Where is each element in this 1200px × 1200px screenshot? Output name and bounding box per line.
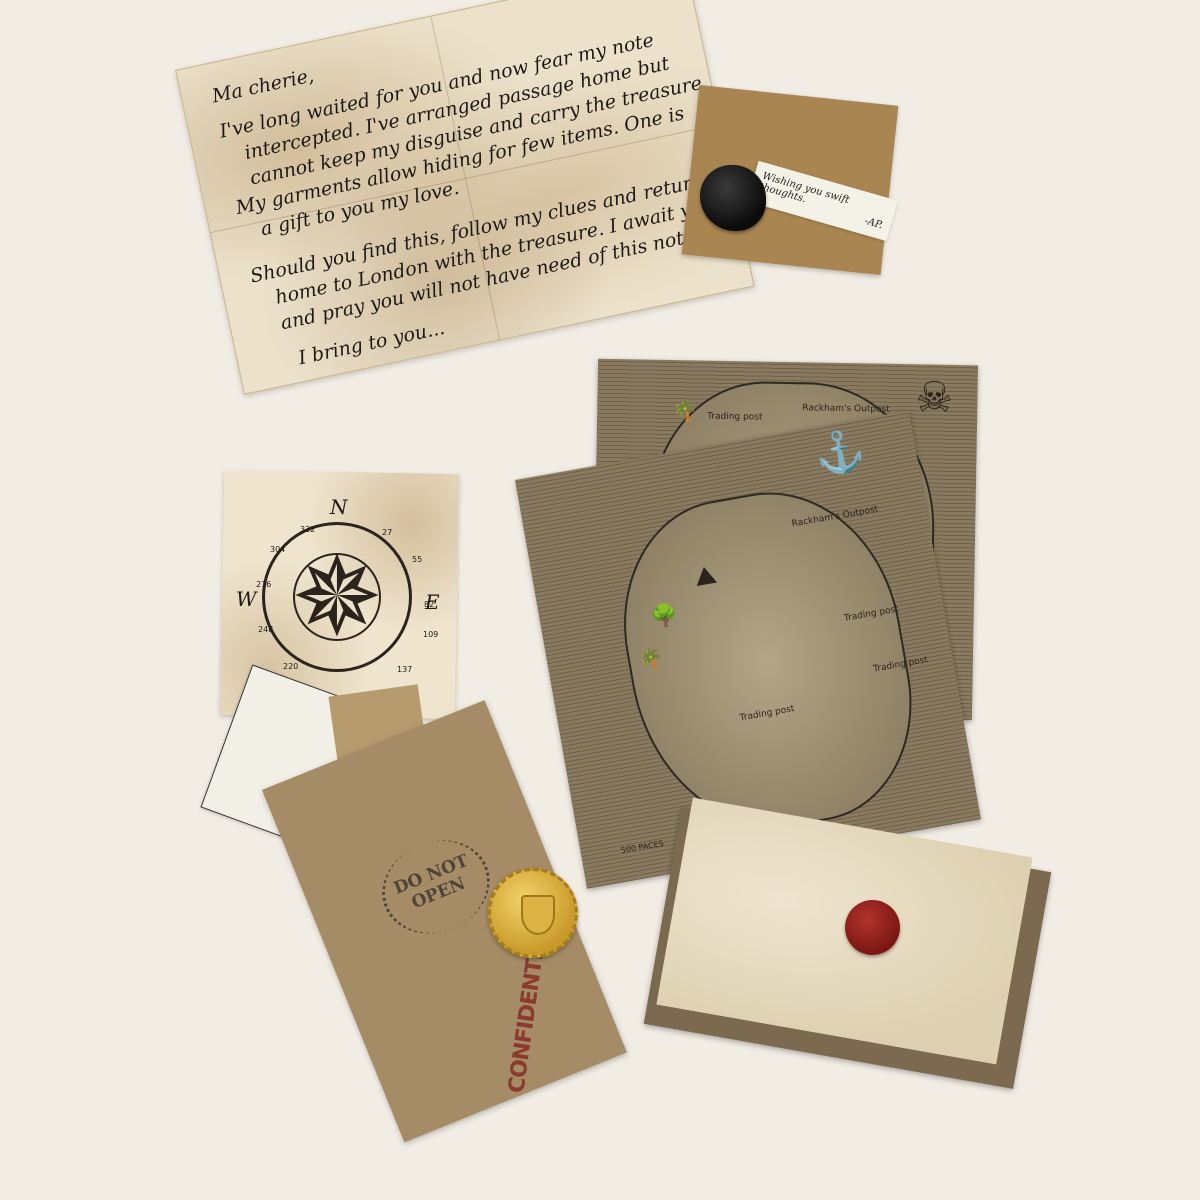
compass-bearing: 27: [382, 528, 392, 537]
compass-bearing: 332: [300, 525, 315, 534]
compass-star-icon: ✵: [291, 542, 383, 652]
compass-bearing: 137: [397, 665, 412, 674]
palm-tree-icon: 🌴: [672, 400, 697, 420]
tree-icon: 🌳: [649, 604, 680, 630]
crest-shield-icon: [521, 895, 555, 935]
compass-bearing: 304: [270, 545, 285, 554]
gold-coin-icon: [488, 868, 578, 958]
letter-line: Ma cherie,: [210, 65, 316, 108]
black-wax-seal-icon: [700, 165, 766, 231]
red-wax-seal-icon: [845, 900, 900, 955]
do-not-open-stamp: DO NOT OPEN: [368, 825, 504, 950]
compass-bearing: 55: [412, 555, 422, 564]
compass-bearing: 109: [423, 630, 438, 639]
compass-bearing: 82: [424, 600, 434, 609]
palm-tree-icon: 🌴: [637, 647, 665, 671]
compass-bearing: 220: [283, 662, 298, 671]
map-label: Trading post: [707, 413, 762, 423]
map-scale-label: 500 PACES: [620, 840, 664, 855]
compass-bearing: 248: [258, 625, 273, 634]
handwritten-letter: Ma cherie, I've long waited for you and …: [175, 0, 755, 395]
compass-north: N: [330, 495, 348, 519]
mountain-icon: ⛰: [693, 562, 719, 591]
compass-west: W: [236, 587, 257, 611]
compass-bearing: 276: [256, 580, 271, 589]
anchor-icon: ⚓: [812, 429, 868, 477]
skull-icon: ☠: [915, 376, 953, 419]
map-label: Rackham's Outpost: [802, 404, 890, 415]
ribbon-signature: -AP.: [863, 216, 884, 232]
